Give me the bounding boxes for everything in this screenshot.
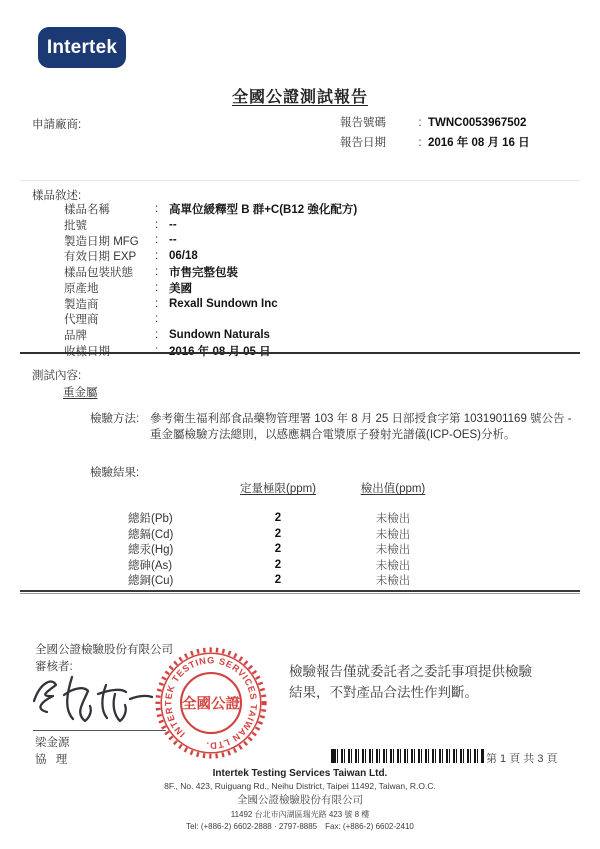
- test-method-block: 檢驗方法: 參考衛生福利部食品藥物管理署 103 年 8 月 25 日部授食字第…: [90, 411, 574, 443]
- report-date-value: 2016 年 08 月 16 日: [428, 133, 530, 153]
- stamp-center-text: 全國公證: [182, 694, 240, 712]
- section-divider: [20, 180, 580, 181]
- colon: :: [155, 234, 169, 246]
- results-table-header: 定量極限(ppm) 檢出值(ppm): [122, 480, 458, 496]
- footer-address-zh: 11492 台北市內湖區瑞光路 423 號 8 樓: [0, 809, 600, 820]
- reviewer-name: 梁金源: [35, 734, 70, 750]
- intertek-logo-text: Intertek: [47, 37, 117, 59]
- table-row-mercury: 總汞(Hg) 2 未檢出: [122, 541, 458, 557]
- table-row-copper: 總銅(Cu) 2 未檢出: [122, 572, 458, 588]
- footer-company-en: Intertek Testing Services Taiwan Ltd.: [0, 768, 600, 779]
- report-page: Intertek 全國公證測試報告 申請廠商: 報告號碼 : TWNC00539…: [0, 0, 600, 849]
- report-date-label: 報告日期: [340, 133, 412, 153]
- table-row-cadmium: 總鎘(Cd) 2 未檢出: [122, 526, 458, 542]
- report-footer: Intertek Testing Services Taiwan Ltd. 8F…: [0, 768, 600, 832]
- colon: :: [155, 219, 169, 231]
- footer-tel-fax: Tel: (+886-2) 6602-2888 · 2797-8885 Fax:…: [0, 821, 600, 832]
- sample-row-origin: 原產地 : 美國: [64, 280, 357, 296]
- test-item-heavy-metals: 重金屬: [63, 384, 98, 400]
- sample-row-exp-date: 有效日期 EXP : 06/18: [64, 248, 357, 264]
- sample-row-batch: 批號 : --: [64, 217, 357, 233]
- report-number-value: TWNC0053967502: [428, 113, 526, 133]
- reviewer-title: 協 理: [35, 751, 70, 767]
- colon: :: [412, 113, 428, 133]
- results-end-divider: [20, 590, 580, 594]
- certification-stamp: INTERTEK TESTING SERVICES TAIWAN LTD. 全國…: [153, 645, 269, 761]
- colon: :: [155, 313, 169, 325]
- test-section-heading: 測試內容:: [32, 367, 81, 383]
- test-results-label: 檢驗結果:: [90, 464, 139, 480]
- colon: :: [412, 133, 428, 153]
- report-number-row: 報告號碼 : TWNC0053967502: [340, 113, 530, 133]
- table-row-arsenic: 總砷(As) 2 未檢出: [122, 557, 458, 573]
- colon: :: [155, 298, 169, 310]
- report-number-label: 報告號碼: [340, 113, 412, 133]
- report-meta: 報告號碼 : TWNC0053967502 報告日期 : 2016 年 08 月…: [340, 113, 530, 153]
- colon: :: [155, 266, 169, 278]
- sample-row-agent: 代理商 :: [64, 312, 357, 328]
- table-row-lead: 總鉛(Pb) 2 未檢出: [122, 510, 458, 526]
- section-divider-thick: [20, 352, 580, 354]
- report-title: 全國公證測試報告: [0, 84, 600, 107]
- sample-row-mfg-date: 製造日期 MFG : --: [64, 233, 357, 249]
- sample-row-brand: 品牌 : Sundown Naturals: [64, 327, 357, 343]
- footer-company-zh: 全國公證檢驗股份有限公司: [0, 792, 600, 807]
- test-method-label: 檢驗方法:: [90, 411, 150, 443]
- colon: :: [155, 203, 169, 215]
- applicant-label: 申請廠商:: [32, 116, 81, 132]
- signature-line: [33, 730, 166, 731]
- results-table: 定量極限(ppm) 檢出值(ppm) 總鉛(Pb) 2 未檢出 總鎘(Cd) 2…: [122, 480, 458, 588]
- colon: :: [155, 329, 169, 341]
- sample-row-packaging: 樣品包裝狀態 : 市售完整包裝: [64, 264, 357, 280]
- colon: :: [155, 250, 169, 262]
- column-header-loq: 定量極限(ppm): [240, 480, 316, 496]
- test-method-text: 參考衛生福利部食品藥物管理署 103 年 8 月 25 日部授食字第 10319…: [150, 411, 574, 443]
- sample-row-manufacturer: 製造商 : Rexall Sundown Inc: [64, 296, 357, 312]
- colon: :: [155, 282, 169, 294]
- report-barcode: [331, 749, 484, 763]
- report-date-row: 報告日期 : 2016 年 08 月 16 日: [340, 133, 530, 153]
- sample-description-list: 樣品名稱 : 高單位緩釋型 B 群+C(B12 強化配方) 批號 : -- 製造…: [64, 201, 357, 359]
- intertek-logo: Intertek: [38, 27, 126, 68]
- page-indicator: 第 1 頁 共 3 頁: [486, 750, 558, 766]
- footer-address-en: 8F., No. 423, Ruiguang Rd., Neihu Distri…: [0, 781, 600, 791]
- disclaimer-text: 檢驗報告僅就委託者之委託事項提供檢驗 結果，不對產品合法性作判斷。: [289, 661, 589, 703]
- sample-row-name: 樣品名稱 : 高單位緩釋型 B 群+C(B12 強化配方): [64, 201, 357, 217]
- column-header-result: 檢出值(ppm): [361, 480, 426, 496]
